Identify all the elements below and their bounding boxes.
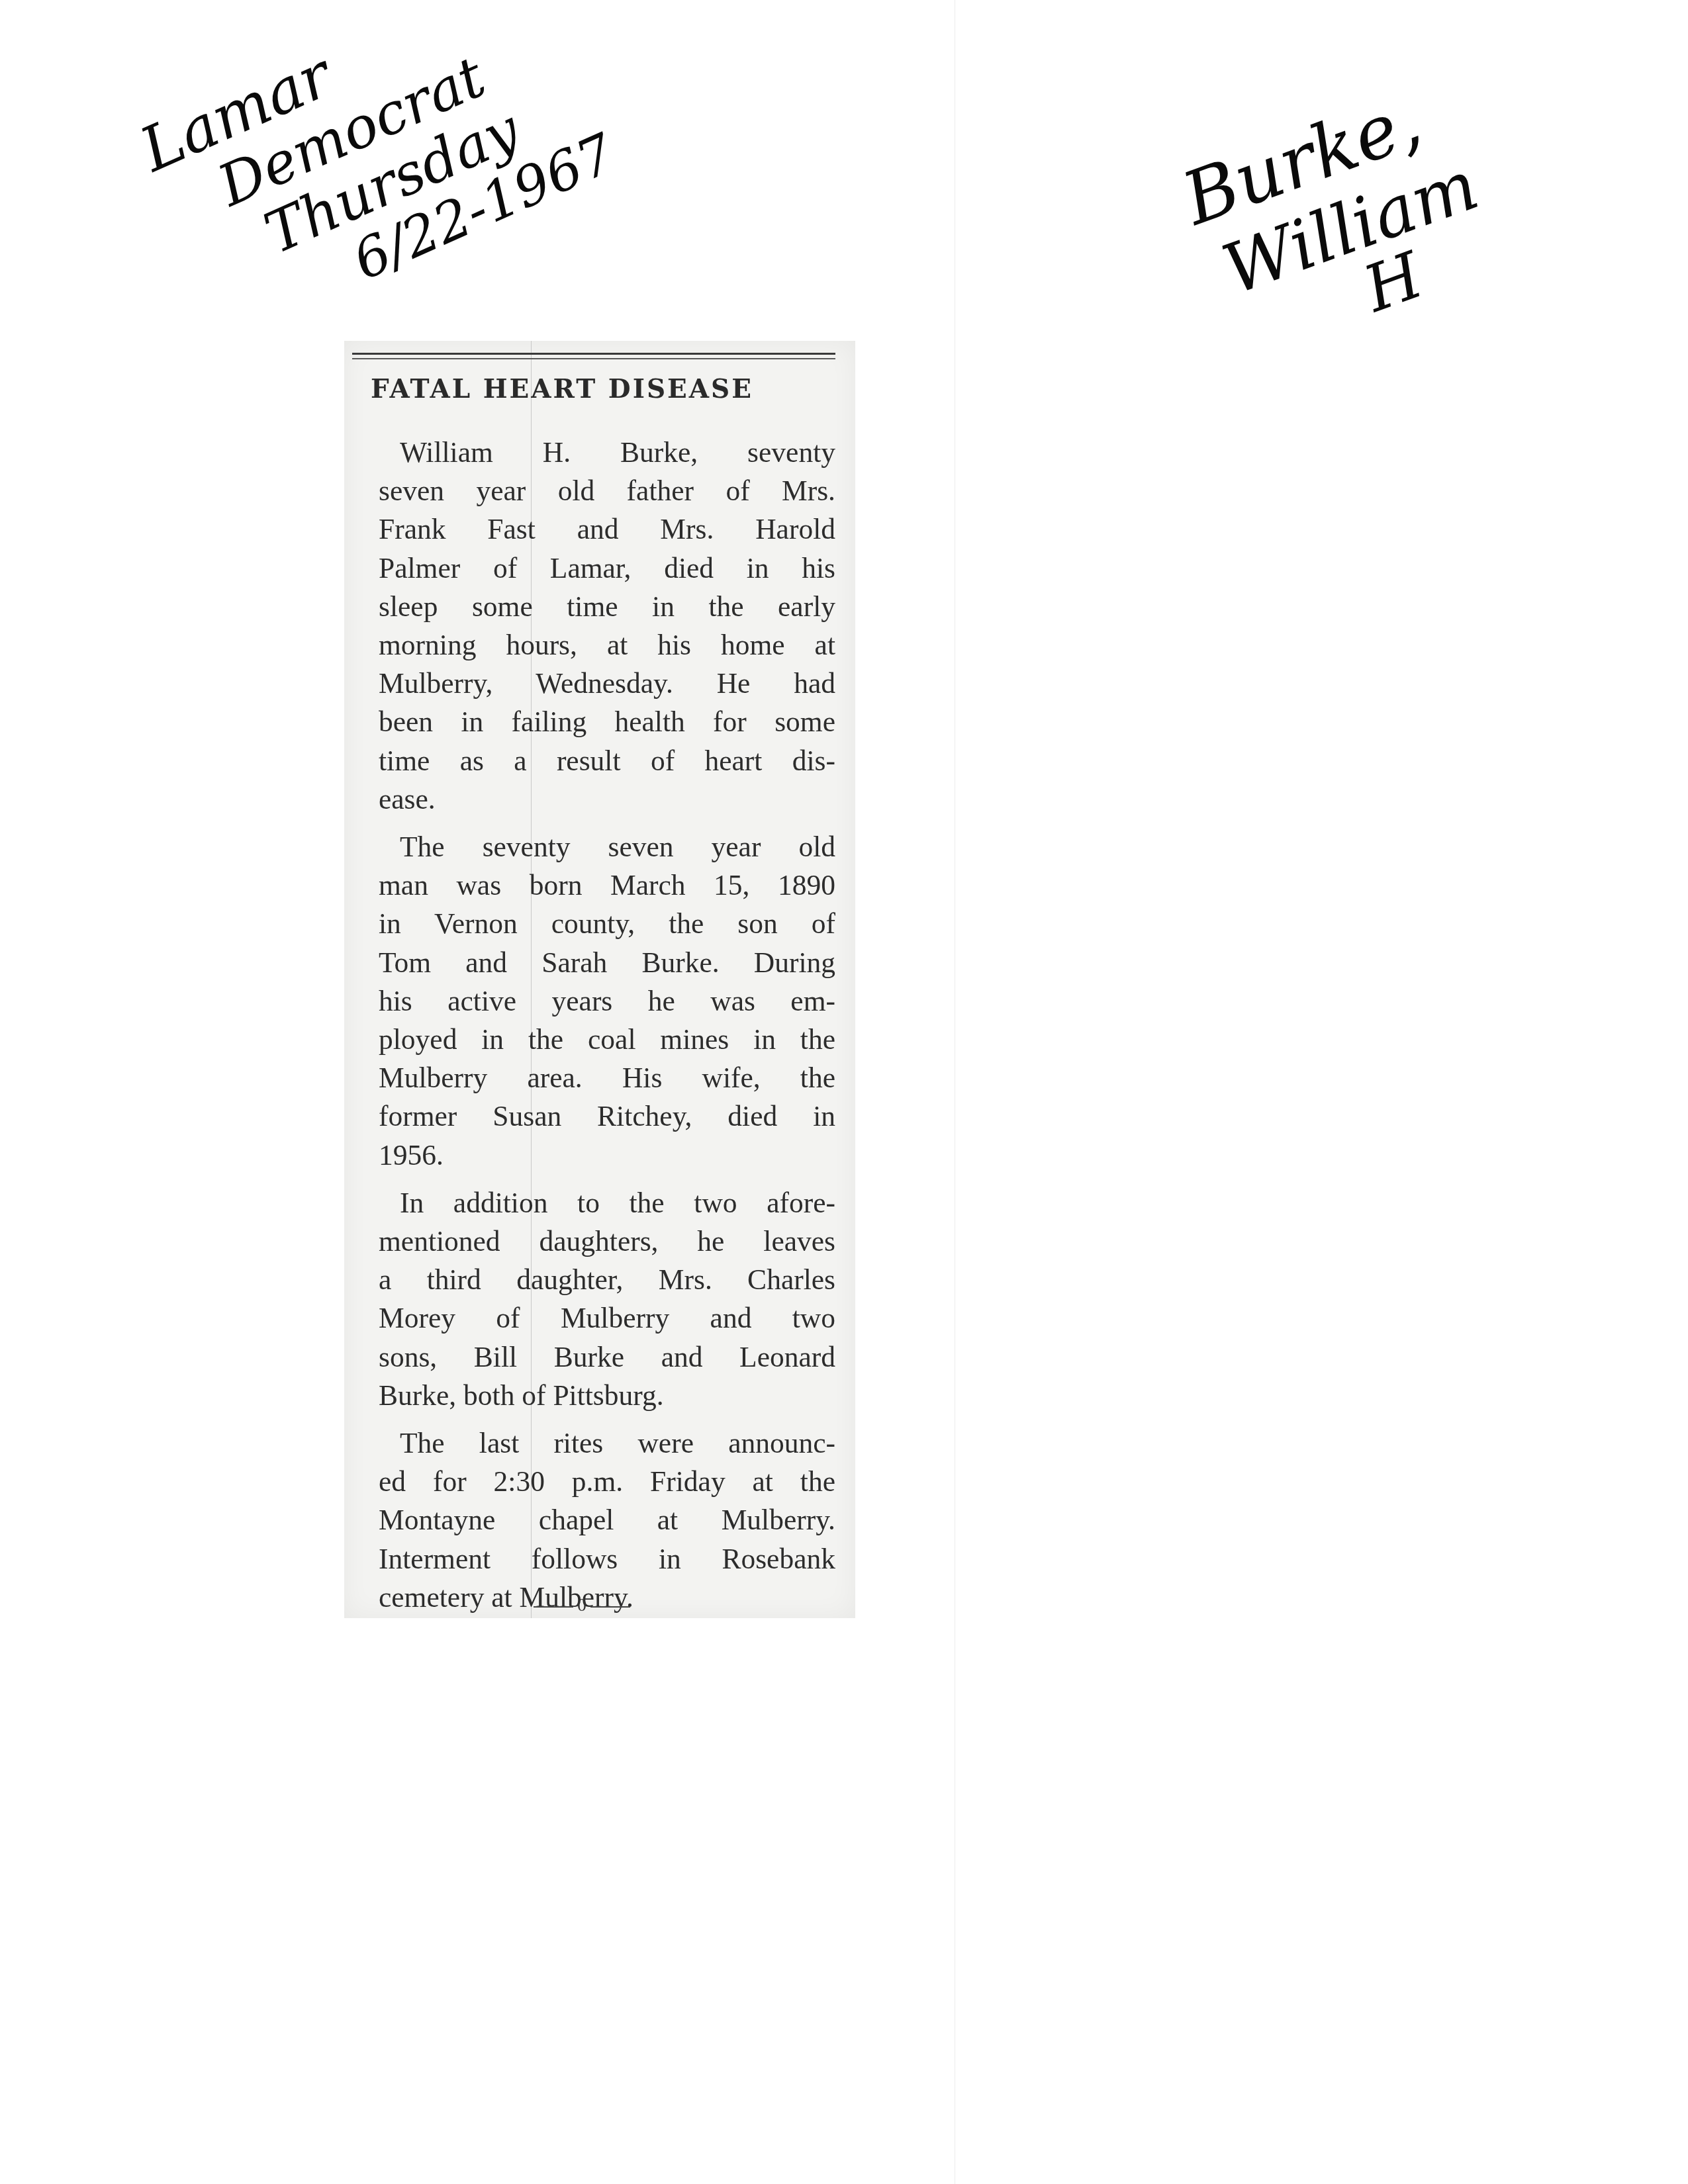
article-headline: FATAL HEART DISEASE (359, 374, 835, 404)
article-line: mentioned daughters, he leaves (359, 1222, 835, 1261)
article-line: Montayne chapel at Mulberry. (359, 1501, 835, 1539)
article-line: time as a result of heart dis- (359, 742, 835, 780)
newspaper-clipping: FATAL HEART DISEASE William H. Burke, se… (344, 341, 855, 1618)
article-line: The last rites were announc- (359, 1424, 835, 1463)
article-line: Mulberry, Wednesday. He had (359, 664, 835, 703)
article-line: In addition to the two afore- (359, 1184, 835, 1222)
article-body: William H. Burke, seventyseven year old … (359, 433, 835, 1617)
article-end-mark: 0 (530, 1595, 634, 1616)
article-paragraph-1: William H. Burke, seventyseven year old … (359, 433, 835, 819)
article-paragraph-2: The seventy seven year oldman was born M… (359, 828, 835, 1175)
article-line: 1956. (359, 1136, 835, 1175)
article-line: man was born March 15, 1890 (359, 866, 835, 905)
article-line: been in failing health for some (359, 703, 835, 741)
handwritten-source-note: Lamar Democrat Thursday 6/22-1967 (132, 0, 622, 349)
article-line: a third daughter, Mrs. Charles (359, 1261, 835, 1299)
article-line: Palmer of Lamar, died in his (359, 549, 835, 588)
article-paragraph-4: The last rites were announc-ed for 2:30 … (359, 1424, 835, 1617)
article-line: Morey of Mulberry and two (359, 1299, 835, 1338)
article-line: Burke, both of Pittsburg. (359, 1377, 835, 1415)
article-line: William H. Burke, seventy (359, 433, 835, 472)
headline-rule (352, 353, 835, 359)
article-line: ease. (359, 780, 835, 819)
article-line: Frank Fast and Mrs. Harold (359, 510, 835, 549)
article-line: Tom and Sarah Burke. During (359, 944, 835, 982)
article-line: former Susan Ritchey, died in (359, 1097, 835, 1136)
article-line: sons, Bill Burke and Leonard (359, 1338, 835, 1377)
article-line: ployed in the coal mines in the (359, 1021, 835, 1059)
article-line: The seventy seven year old (359, 828, 835, 866)
article-line: sleep some time in the early (359, 588, 835, 626)
article-line: Interment follows in Rosebank (359, 1540, 835, 1578)
article-line: ed for 2:30 p.m. Friday at the (359, 1463, 835, 1501)
article-line: his active years he was em- (359, 982, 835, 1021)
page-fold-line (955, 0, 955, 2184)
article-paragraph-3: In addition to the two afore-mentioned d… (359, 1184, 835, 1415)
article-line: morning hours, at his home at (359, 626, 835, 664)
article-line: in Vernon county, the son of (359, 905, 835, 943)
article-line: Mulberry area. His wife, the (359, 1059, 835, 1097)
article-line: seven year old father of Mrs. (359, 472, 835, 510)
handwritten-name-note: Burke, William H (1162, 73, 1508, 374)
